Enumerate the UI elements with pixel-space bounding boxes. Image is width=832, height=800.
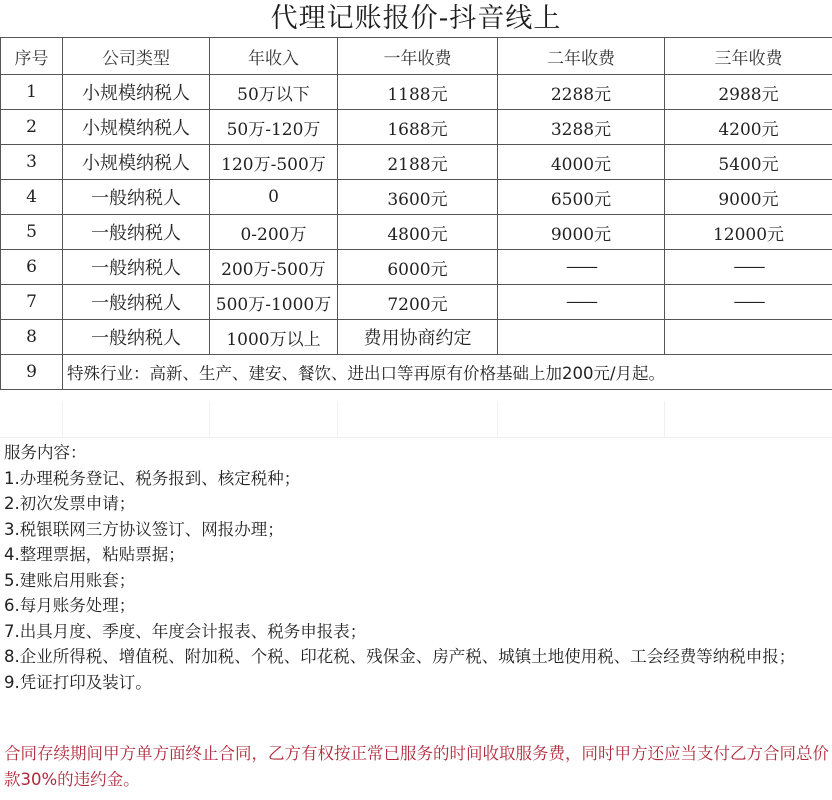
service-heading: 服务内容： [4,440,830,466]
page-title: 代理记账报价-抖音线上 [0,0,832,37]
cell-one-year-fee: 4800元 [338,215,498,250]
gridline [497,401,498,437]
table-row: 8 一般纳税人 1000万以上 费用协商约定 [1,320,832,355]
cell-income: 120万-500万 [210,145,338,180]
cell-one-year-fee: 1188元 [338,75,498,110]
header-annual-income: 年收入 [210,38,338,75]
service-item: 9.凭证打印及装订。 [4,670,830,696]
spreadsheet-gridlines [0,401,832,438]
header-two-year-fee: 二年收费 [498,38,665,75]
cell-two-year-fee: —— [498,250,665,285]
cell-one-year-fee: 2188元 [338,145,498,180]
cell-no: 6 [1,250,63,285]
service-item: 3.税银联网三方协议签订、网报办理； [4,517,830,543]
cell-two-year-fee: —— [498,285,665,320]
service-content: 服务内容： 1.办理税务登记、税务报到、核定税种； 2.初次发票申请； 3.税银… [4,440,830,695]
service-item: 2.初次发票申请； [4,491,830,517]
cell-company-type: 一般纳税人 [63,250,210,285]
gridline [664,401,665,437]
cell-no: 1 [1,75,63,110]
table-row: 5 一般纳税人 0-200万 4800元 9000元 12000元 [1,215,832,250]
cell-two-year-fee [498,320,665,355]
cell-income: 500万-1000万 [210,285,338,320]
cell-company-type: 一般纳税人 [63,285,210,320]
cell-three-year-fee: 4200元 [665,110,832,145]
price-table: 序号 公司类型 年收入 一年收费 二年收费 三年收费 1 小规模纳税人 50万以… [0,37,832,390]
cell-no: 9 [1,355,63,390]
service-item: 5.建账启用账套； [4,568,830,594]
table-row: 6 一般纳税人 200万-500万 6000元 —— —— [1,250,832,285]
cell-no: 4 [1,180,63,215]
cell-three-year-fee: 5400元 [665,145,832,180]
cell-income: 50万以下 [210,75,338,110]
cell-two-year-fee: 4000元 [498,145,665,180]
cell-three-year-fee: 2988元 [665,75,832,110]
cell-three-year-fee: 12000元 [665,215,832,250]
cell-company-type: 小规模纳税人 [63,145,210,180]
cell-no: 8 [1,320,63,355]
header-one-year-fee: 一年收费 [338,38,498,75]
cell-income: 1000万以上 [210,320,338,355]
cell-one-year-fee: 3600元 [338,180,498,215]
cell-one-year-fee: 7200元 [338,285,498,320]
contract-termination-warning: 合同存续期间甲方单方面终止合同，乙方有权按正常已服务的时间收取服务费，同时甲方还… [4,741,830,793]
table-header-row: 序号 公司类型 年收入 一年收费 二年收费 三年收费 [1,38,832,75]
cell-two-year-fee: 3288元 [498,110,665,145]
cell-two-year-fee: 9000元 [498,215,665,250]
cell-income: 50万-120万 [210,110,338,145]
cell-company-type: 一般纳税人 [63,320,210,355]
cell-income: 0 [210,180,338,215]
cell-three-year-fee [665,320,832,355]
cell-two-year-fee: 2288元 [498,75,665,110]
gridline [337,401,338,437]
special-industry-note: 特殊行业：高新、生产、建安、餐饮、进出口等再原有价格基础上加200元/月起。 [63,355,832,390]
cell-one-year-fee: 1688元 [338,110,498,145]
header-no: 序号 [1,38,63,75]
service-item: 6.每月账务处理； [4,593,830,619]
table-row: 1 小规模纳税人 50万以下 1188元 2288元 2988元 [1,75,832,110]
cell-company-type: 一般纳税人 [63,180,210,215]
cell-two-year-fee: 6500元 [498,180,665,215]
service-item: 4.整理票据，粘贴票据； [4,542,830,568]
cell-income: 200万-500万 [210,250,338,285]
service-item: 7.出具月度、季度、年度会计报表、税务申报表； [4,619,830,645]
cell-one-year-fee: 费用协商约定 [338,320,498,355]
cell-company-type: 小规模纳税人 [63,110,210,145]
cell-no: 3 [1,145,63,180]
table-row: 7 一般纳税人 500万-1000万 7200元 —— —— [1,285,832,320]
gridline [62,401,63,437]
cell-three-year-fee: 9000元 [665,180,832,215]
cell-no: 5 [1,215,63,250]
cell-three-year-fee: —— [665,250,832,285]
table-row-special: 9 特殊行业：高新、生产、建安、餐饮、进出口等再原有价格基础上加200元/月起。 [1,355,832,390]
cell-company-type: 一般纳税人 [63,215,210,250]
cell-company-type: 小规模纳税人 [63,75,210,110]
cell-no: 2 [1,110,63,145]
table-row: 3 小规模纳税人 120万-500万 2188元 4000元 5400元 [1,145,832,180]
cell-one-year-fee: 6000元 [338,250,498,285]
gridline [209,401,210,437]
header-three-year-fee: 三年收费 [665,38,832,75]
table-row: 4 一般纳税人 0 3600元 6500元 9000元 [1,180,832,215]
cell-three-year-fee: —— [665,285,832,320]
service-item: 1.办理税务登记、税务报到、核定税种； [4,466,830,492]
cell-income: 0-200万 [210,215,338,250]
header-company-type: 公司类型 [63,38,210,75]
cell-no: 7 [1,285,63,320]
service-item: 8.企业所得税、增值税、附加税、个税、印花税、残保金、房产税、城镇土地使用税、工… [4,644,830,670]
table-row: 2 小规模纳税人 50万-120万 1688元 3288元 4200元 [1,110,832,145]
